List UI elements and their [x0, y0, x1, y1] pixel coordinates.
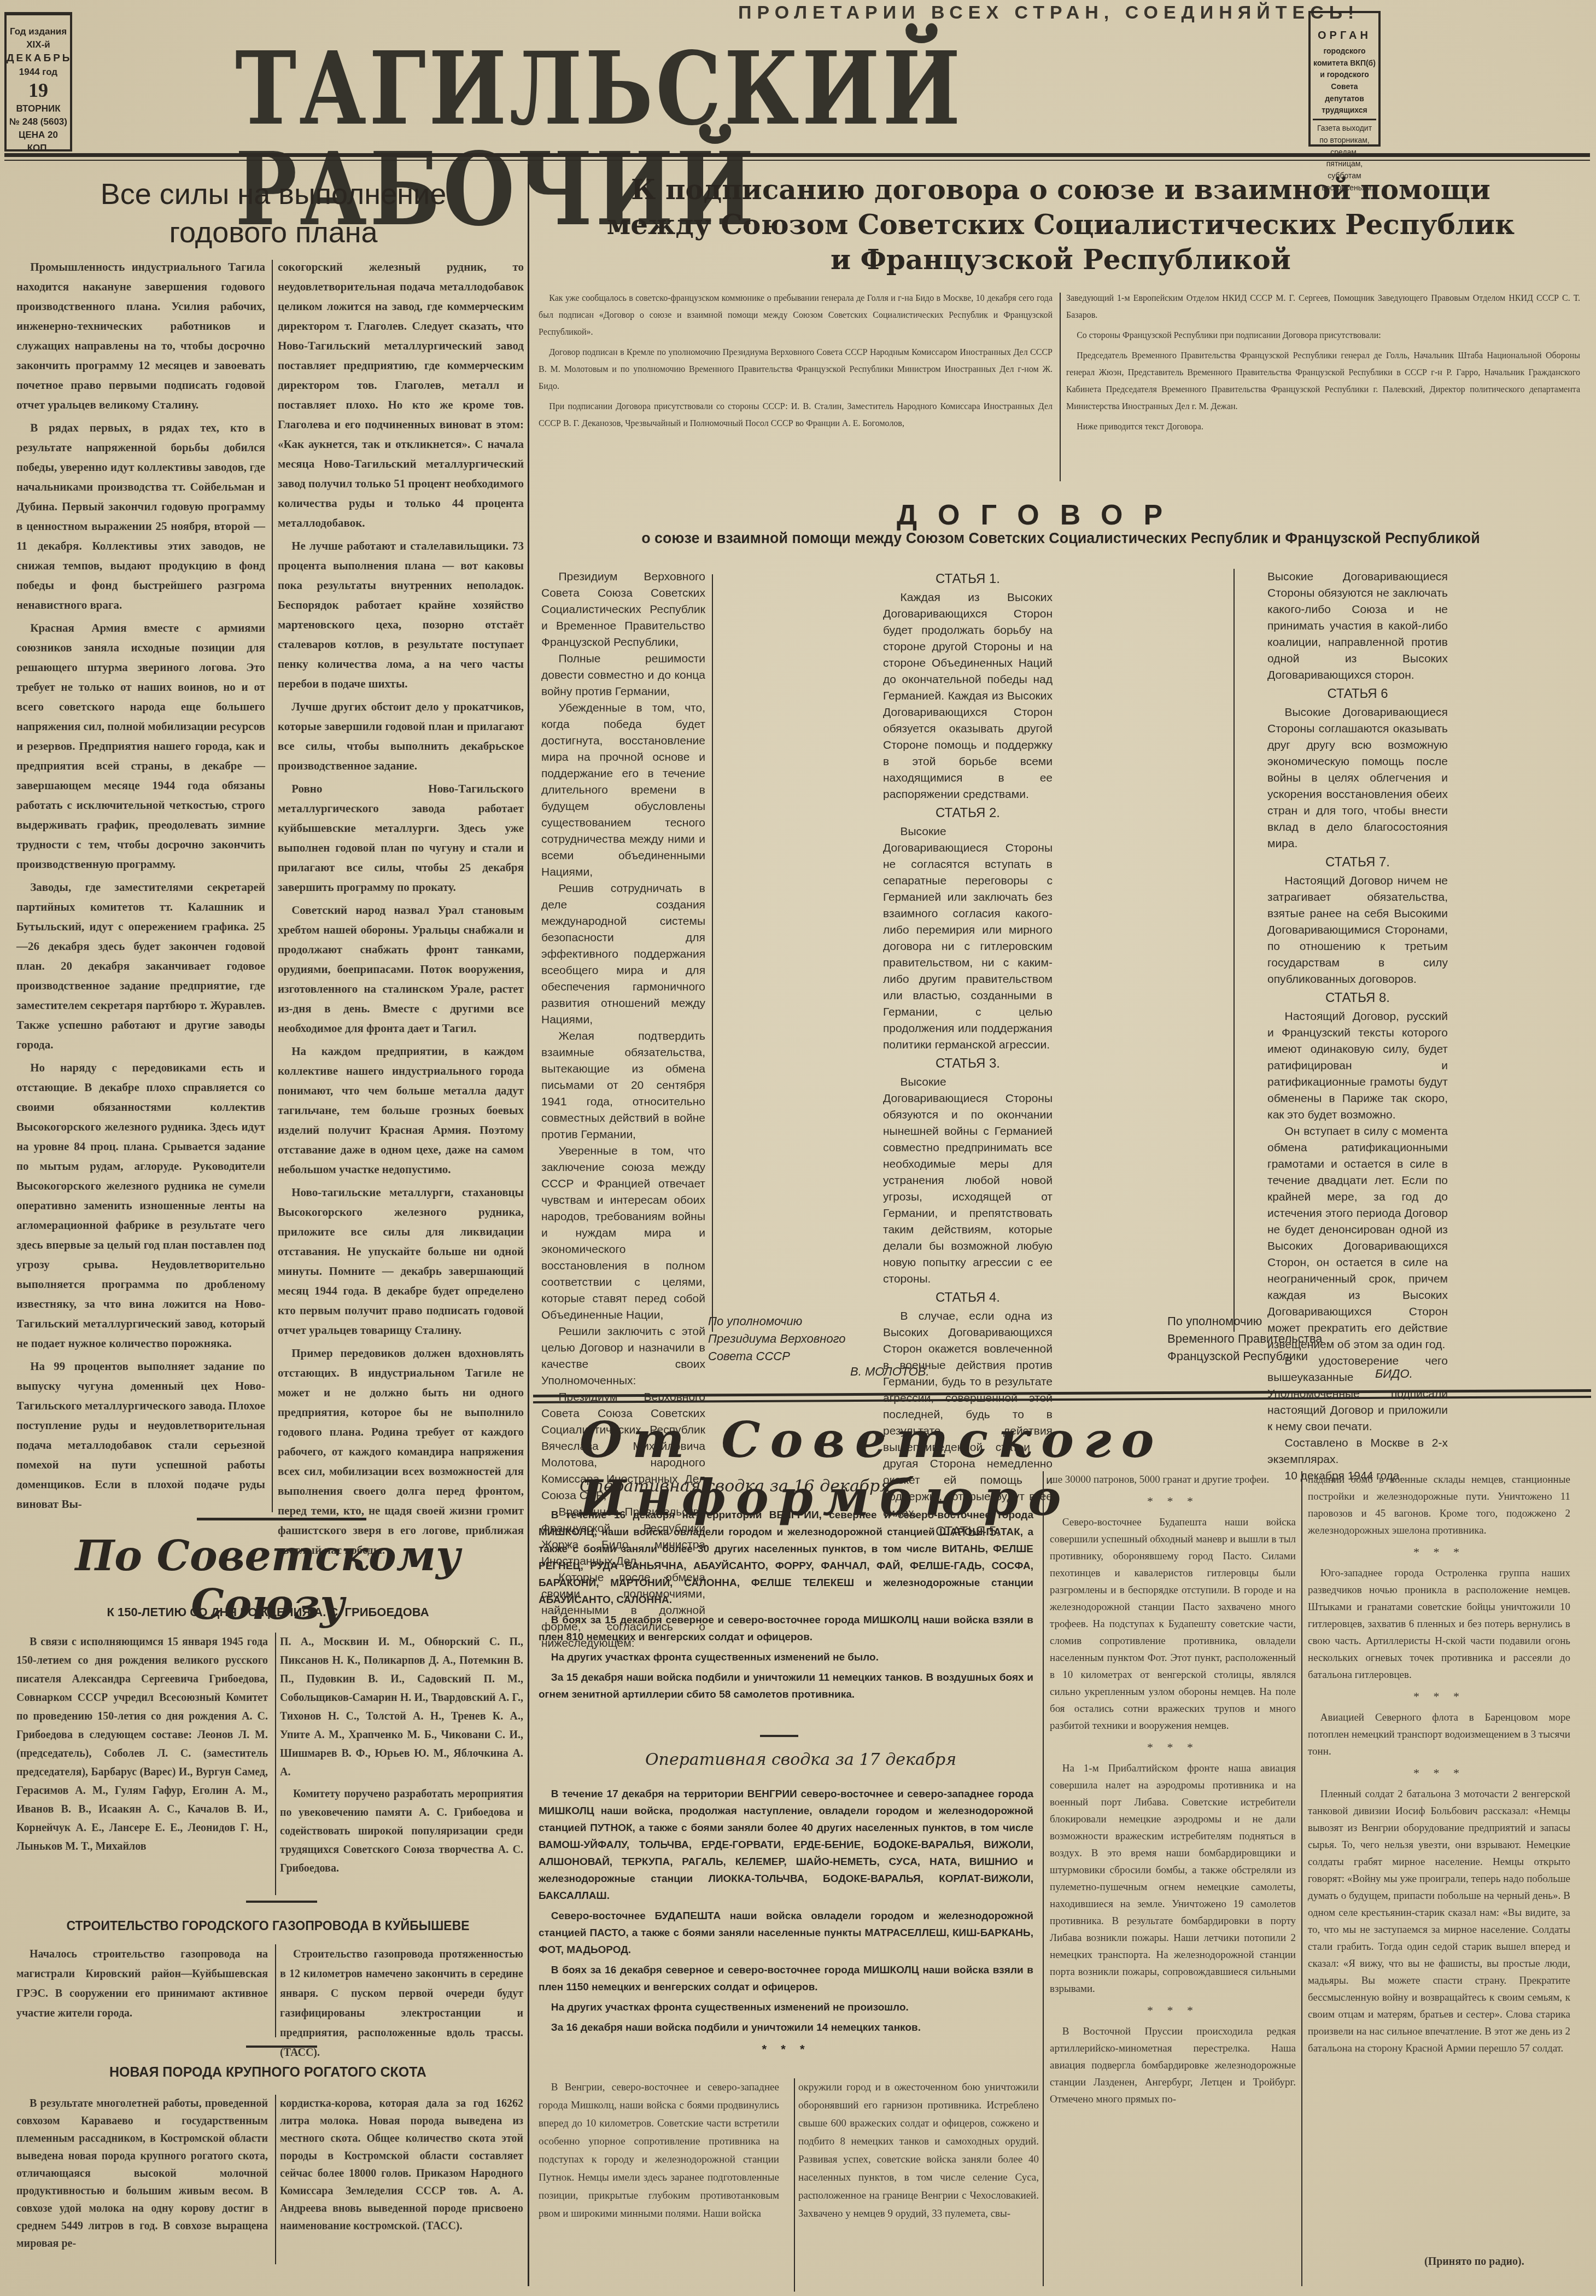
section-divider — [246, 2046, 317, 2048]
organ-line: городского комитета ВКП(б) — [1313, 45, 1376, 69]
treaty-intro-left: Как уже сообщалось в советско-французско… — [539, 290, 1053, 435]
cattle-column-2: кордистка-корова, которая дала за год 16… — [280, 2095, 523, 2238]
headline-line: К подписанию договора о союзе и взаимной… — [547, 172, 1575, 207]
article-text: Высокие Договаривающиеся Стороны обязуют… — [1267, 569, 1448, 684]
treaty-subtitle: о союзе и взаимной помощи между Союзом С… — [562, 529, 1559, 547]
separator-stars: * * * — [1308, 1688, 1570, 1705]
weekday: ВТОРНИК — [7, 102, 70, 115]
article-label: СТАТЬЯ 7. — [1267, 854, 1448, 871]
article-label: СТАТЬЯ 8. — [1267, 990, 1448, 1006]
treaty-articles-1-5: СТАТЬЯ 1. Каждая из Высоких Договаривающ… — [883, 569, 1053, 1542]
info-column-3: ше 30000 патронов, 5000 гранат и другие … — [1050, 1471, 1296, 2111]
article-label: СТАТЬЯ 6 — [1267, 686, 1448, 702]
month: ДЕКАБРЬ — [7, 51, 70, 66]
day-number: 19 — [7, 79, 70, 102]
column-divider — [1301, 1471, 1302, 2286]
paragraph: В Восточной Пруссии происходила редкая а… — [1050, 2023, 1296, 2108]
section-divider — [197, 1518, 366, 1520]
gas-column-1: Началось строительство газопровода на ма… — [16, 1944, 268, 2026]
signatory-name: БИДО. — [1375, 1365, 1413, 1383]
paragraph: На 1-м Прибалтийском фронте наша авиация… — [1050, 1760, 1296, 1997]
cattle-headline: НОВАЯ ПОРОДА КРУПНОГО РОГАТОГО СКОТА — [22, 2065, 514, 2081]
summary-16-text: В течение 16 декабря на территории ВЕНГР… — [539, 1507, 1033, 1706]
paragraph: Президиум Верховного Совета Союза Советс… — [541, 569, 705, 651]
summary-17-text: В течение 17 декабря на территории ВЕНГР… — [539, 1786, 1033, 2062]
masthead-rule-thin — [4, 160, 1590, 161]
separator-stars: * * * — [1050, 1493, 1296, 1510]
separator-stars: * * * — [1308, 1543, 1570, 1560]
paragraph: паданий бомб в военные склады немцев, ст… — [1308, 1471, 1570, 1539]
section-divider — [760, 1735, 798, 1737]
cattle-column-1: В результате многолетней работы, проведе… — [16, 2095, 268, 2256]
organ-info-box: ОРГАН городского комитета ВКП(б) и город… — [1308, 11, 1381, 147]
signature-line: Временного Правительства — [1167, 1330, 1413, 1348]
article-text: Каждая из Высоких Договаривающихся Сторо… — [883, 590, 1053, 803]
masthead-rule — [4, 153, 1590, 157]
editorial-column-2: сокогорский железный рудник, то неудовле… — [278, 257, 524, 1563]
paragraph: Ниже приводится текст Договора. — [1066, 418, 1580, 435]
radio-note: (Принято по радио). — [1424, 2253, 1524, 2270]
article-text: Настоящий Договор ничем не затрагивает о… — [1267, 873, 1448, 988]
signature-ussr: По уполномочию Президиума Верховного Сов… — [708, 1313, 929, 1380]
paragraph: Заводы, где заместителями секретарей пар… — [16, 877, 265, 1054]
paragraph: Не лучше работают и сталелавильщики. 73 … — [278, 536, 524, 694]
column-divider — [275, 1944, 276, 2037]
treaty-intro-right: Заведующий 1-м Европейским Отделом НКИД … — [1066, 290, 1580, 439]
slogan: ПРОЛЕТАРИИ ВСЕХ СТРАН, СОЕДИНЯЙТЕСЬ! — [738, 2, 1359, 24]
info-bottom-middle: окружили город и в ожесточенном бою унич… — [798, 2078, 1039, 2226]
headline-line: годового плана — [33, 213, 514, 252]
paragraph: Северо-восточнее Будапешта наши войска с… — [1050, 1514, 1296, 1734]
paragraph: В течение 16 декабря на территории ВЕНГР… — [539, 1507, 1033, 1609]
column-divider — [1233, 569, 1235, 1332]
paragraph: Решив сотрудничать в деле создания между… — [541, 881, 705, 1028]
price: ЦЕНА 20 КОП. — [7, 129, 70, 155]
paragraph: За 16 декабря наши войска подбили и унич… — [539, 2019, 1033, 2036]
signature-line: Французской Республики — [1167, 1348, 1413, 1365]
paragraph: окружили город и в ожесточенном бою унич… — [798, 2078, 1039, 2223]
paragraph: Пленный солдат 2 батальона 3 моточасти 2… — [1308, 1786, 1570, 2057]
paragraph: В рядах первых, в рядах тех, кто в резул… — [16, 418, 265, 615]
divider — [1313, 119, 1376, 120]
treaty-title: ДОГОВОР — [897, 499, 1183, 532]
info-column-4: паданий бомб в военные склады немцев, ст… — [1308, 1471, 1570, 2060]
editorial-headline: Все силы на выполнение годового плана — [33, 175, 514, 252]
paragraph: Желая подтвердить взаимные обязательства… — [541, 1028, 705, 1143]
signature-france: По уполномочию Временного Правительства … — [1167, 1313, 1413, 1383]
paragraph: сокогорский железный рудник, то неудовле… — [278, 257, 524, 533]
separator-stars: * * * — [1308, 1764, 1570, 1781]
paragraph: Заведующий 1-м Европейским Отделом НКИД … — [1066, 290, 1580, 324]
article-text: Настоящий Договор, русский и Французский… — [1267, 1009, 1448, 1123]
column-divider — [275, 2095, 276, 2264]
issue-number: № 248 (5603) — [7, 115, 70, 129]
gas-pipeline-headline: СТРОИТЕЛЬСТВО ГОРОДСКОГО ГАЗОПРОВОДА В К… — [22, 1919, 514, 1933]
article-label: СТАТЬЯ 1. — [883, 571, 1053, 587]
paragraph: Как уже сообщалось в советско-французско… — [539, 290, 1053, 341]
griboedov-headline: К 150-ЛЕТИЮ СО ДНЯ РОЖДЕНИЯ А. С. ГРИБОЕ… — [22, 1605, 514, 1619]
separator-stars: * * * — [1050, 2002, 1296, 2019]
headline-line: и Французской Республикой — [547, 242, 1575, 277]
headline-line: между Союзом Советских Социалистических … — [547, 207, 1575, 242]
year-of-issue: Год издания XIX-й — [7, 25, 70, 51]
paragraph: Советский народ назвал Урал становым хре… — [278, 900, 524, 1038]
paragraph: П. А., Москвин И. М., Обнорский С. П., П… — [280, 1633, 523, 1781]
paragraph: На других участках фронта существенных и… — [539, 1649, 1033, 1666]
column-divider — [272, 260, 273, 1512]
organ-line: депутатов трудящихся — [1313, 93, 1376, 116]
paragraph: Договор подписан в Кремле по уполномочию… — [539, 344, 1053, 395]
column-divider — [275, 1633, 276, 1895]
article-text: Высокие Договаривающиеся Стороны не согл… — [883, 824, 1053, 1053]
issue-info-box: Год издания XIX-й ДЕКАБРЬ 1944 год 19 ВТ… — [4, 12, 72, 151]
section-divider — [246, 1901, 317, 1903]
signature-line: По уполномочию — [1167, 1313, 1413, 1330]
year: 1944 год — [7, 66, 70, 79]
paragraph: Началось строительство газопровода на ма… — [16, 1944, 268, 2023]
griboedov-column-2: П. А., Москвин И. М., Обнорский С. П., П… — [280, 1633, 523, 1881]
info-bottom-left: В Венгрии, северо-восточнее и северо-зап… — [539, 2078, 779, 2226]
paragraph: Со стороны Французской Республики при по… — [1066, 327, 1580, 344]
summary-17-title: Оперативная сводка за 17 декабря — [645, 1750, 956, 1769]
signature-line: Президиума Верховного — [708, 1330, 929, 1348]
summary-16-title: Оперативная сводка за 16 декабря — [580, 1477, 891, 1496]
article-text: Высокие Договаривающиеся Стороны соглаша… — [1267, 704, 1448, 852]
separator-stars: * * * — [1050, 1739, 1296, 1756]
paragraph: На 99 процентов выполняет задание по вып… — [16, 1356, 265, 1514]
headline-line: Все силы на выполнение — [33, 175, 514, 213]
editorial-column-1: Промышленность индустриального Тагила на… — [16, 257, 265, 1517]
column-divider — [1043, 1471, 1044, 2286]
paragraph: В Венгрии, северо-восточнее и северо-зап… — [539, 2078, 779, 2223]
column-divider — [712, 574, 713, 1332]
article-label: СТАТЬЯ 4. — [883, 1290, 1053, 1306]
article-label: СТАТЬЯ 2. — [883, 805, 1053, 821]
paragraph: Председатель Временного Правительства Фр… — [1066, 347, 1580, 415]
column-divider — [1060, 293, 1061, 481]
paragraph: Северо-восточнее БУДАПЕШТА наши войска о… — [539, 1908, 1033, 1959]
separator-stars: * * * — [539, 2041, 1033, 2058]
paragraph: Убежденные в том, что, когда победа буде… — [541, 700, 705, 881]
paragraph: В результате многолетней работы, проведе… — [16, 2095, 268, 2252]
paragraph: Авиацией Северного флота в Баренцовом мо… — [1308, 1709, 1570, 1760]
paragraph: Промышленность индустриального Тагила на… — [16, 257, 265, 415]
griboedov-column-1: В связи с исполняющимся 15 января 1945 г… — [16, 1633, 268, 1859]
paragraph: За 15 декабря наши войска подбили и унич… — [539, 1669, 1033, 1703]
paragraph: Пример передовиков должен вдохновлять от… — [278, 1343, 524, 1560]
paragraph: На других участках фронта существенных и… — [539, 1999, 1033, 2016]
organ-line: и городского Совета — [1313, 69, 1376, 92]
paragraph: При подписании Договора присутствовали с… — [539, 398, 1053, 432]
signatory-name: В. МОЛОТОВ. — [850, 1363, 929, 1380]
signature-line: По уполномочию — [708, 1313, 929, 1330]
paragraph: кордистка-корова, которая дала за год 16… — [280, 2095, 523, 2235]
paragraph: В течение 17 декабря на территории ВЕНГР… — [539, 1786, 1033, 1904]
paragraph: Уверенные в том, что заключение союза ме… — [541, 1143, 705, 1324]
paragraph: Решили заключить с этой целью Договор и … — [541, 1324, 705, 1389]
paragraph: Юго-западнее города Остроленка группа на… — [1308, 1565, 1570, 1683]
paragraph: Но наряду с передовиками есть и отстающи… — [16, 1058, 265, 1353]
paragraph: В боях за 16 декабря северное и северо-в… — [539, 1962, 1033, 1996]
treaty-headline: К подписанию договора о союзе и взаимной… — [547, 172, 1575, 277]
paragraph: ше 30000 патронов, 5000 гранат и другие … — [1050, 1471, 1296, 1488]
schedule-line: Газета выходит — [1313, 123, 1376, 135]
paragraph: Ровно Ново-Тагильского металлургического… — [278, 779, 524, 897]
paragraph: Строительство газопровода протяженностью… — [280, 1944, 523, 2062]
article-label: СТАТЬЯ 3. — [883, 1056, 1053, 1072]
column-divider — [528, 164, 529, 2286]
paragraph: Комитету поручено разработать мероприяти… — [280, 1785, 523, 1878]
paragraph: Лучше других обстоит дело у прокатчиков,… — [278, 697, 524, 776]
paragraph: Ново-тагильские металлурги, стахановцы В… — [278, 1182, 524, 1340]
paragraph: На каждом предприятии, в каждом коллекти… — [278, 1041, 524, 1179]
paragraph: В связи с исполняющимся 15 января 1945 г… — [16, 1633, 268, 1856]
paragraph: В боях за 15 декабря северное и северо-в… — [539, 1612, 1033, 1646]
newspaper-page: ПРОЛЕТАРИИ ВСЕХ СТРАН, СОЕДИНЯЙТЕСЬ! Год… — [0, 0, 1596, 2296]
paragraph: Красная Армия вместе с армиями союзников… — [16, 618, 265, 874]
organ-label: ОРГАН — [1313, 30, 1376, 42]
paragraph: Полные решимости довести совместно и до … — [541, 651, 705, 700]
column-divider — [794, 2078, 795, 2292]
article-text: Высокие Договаривающиеся Стороны обязуют… — [883, 1074, 1053, 1287]
